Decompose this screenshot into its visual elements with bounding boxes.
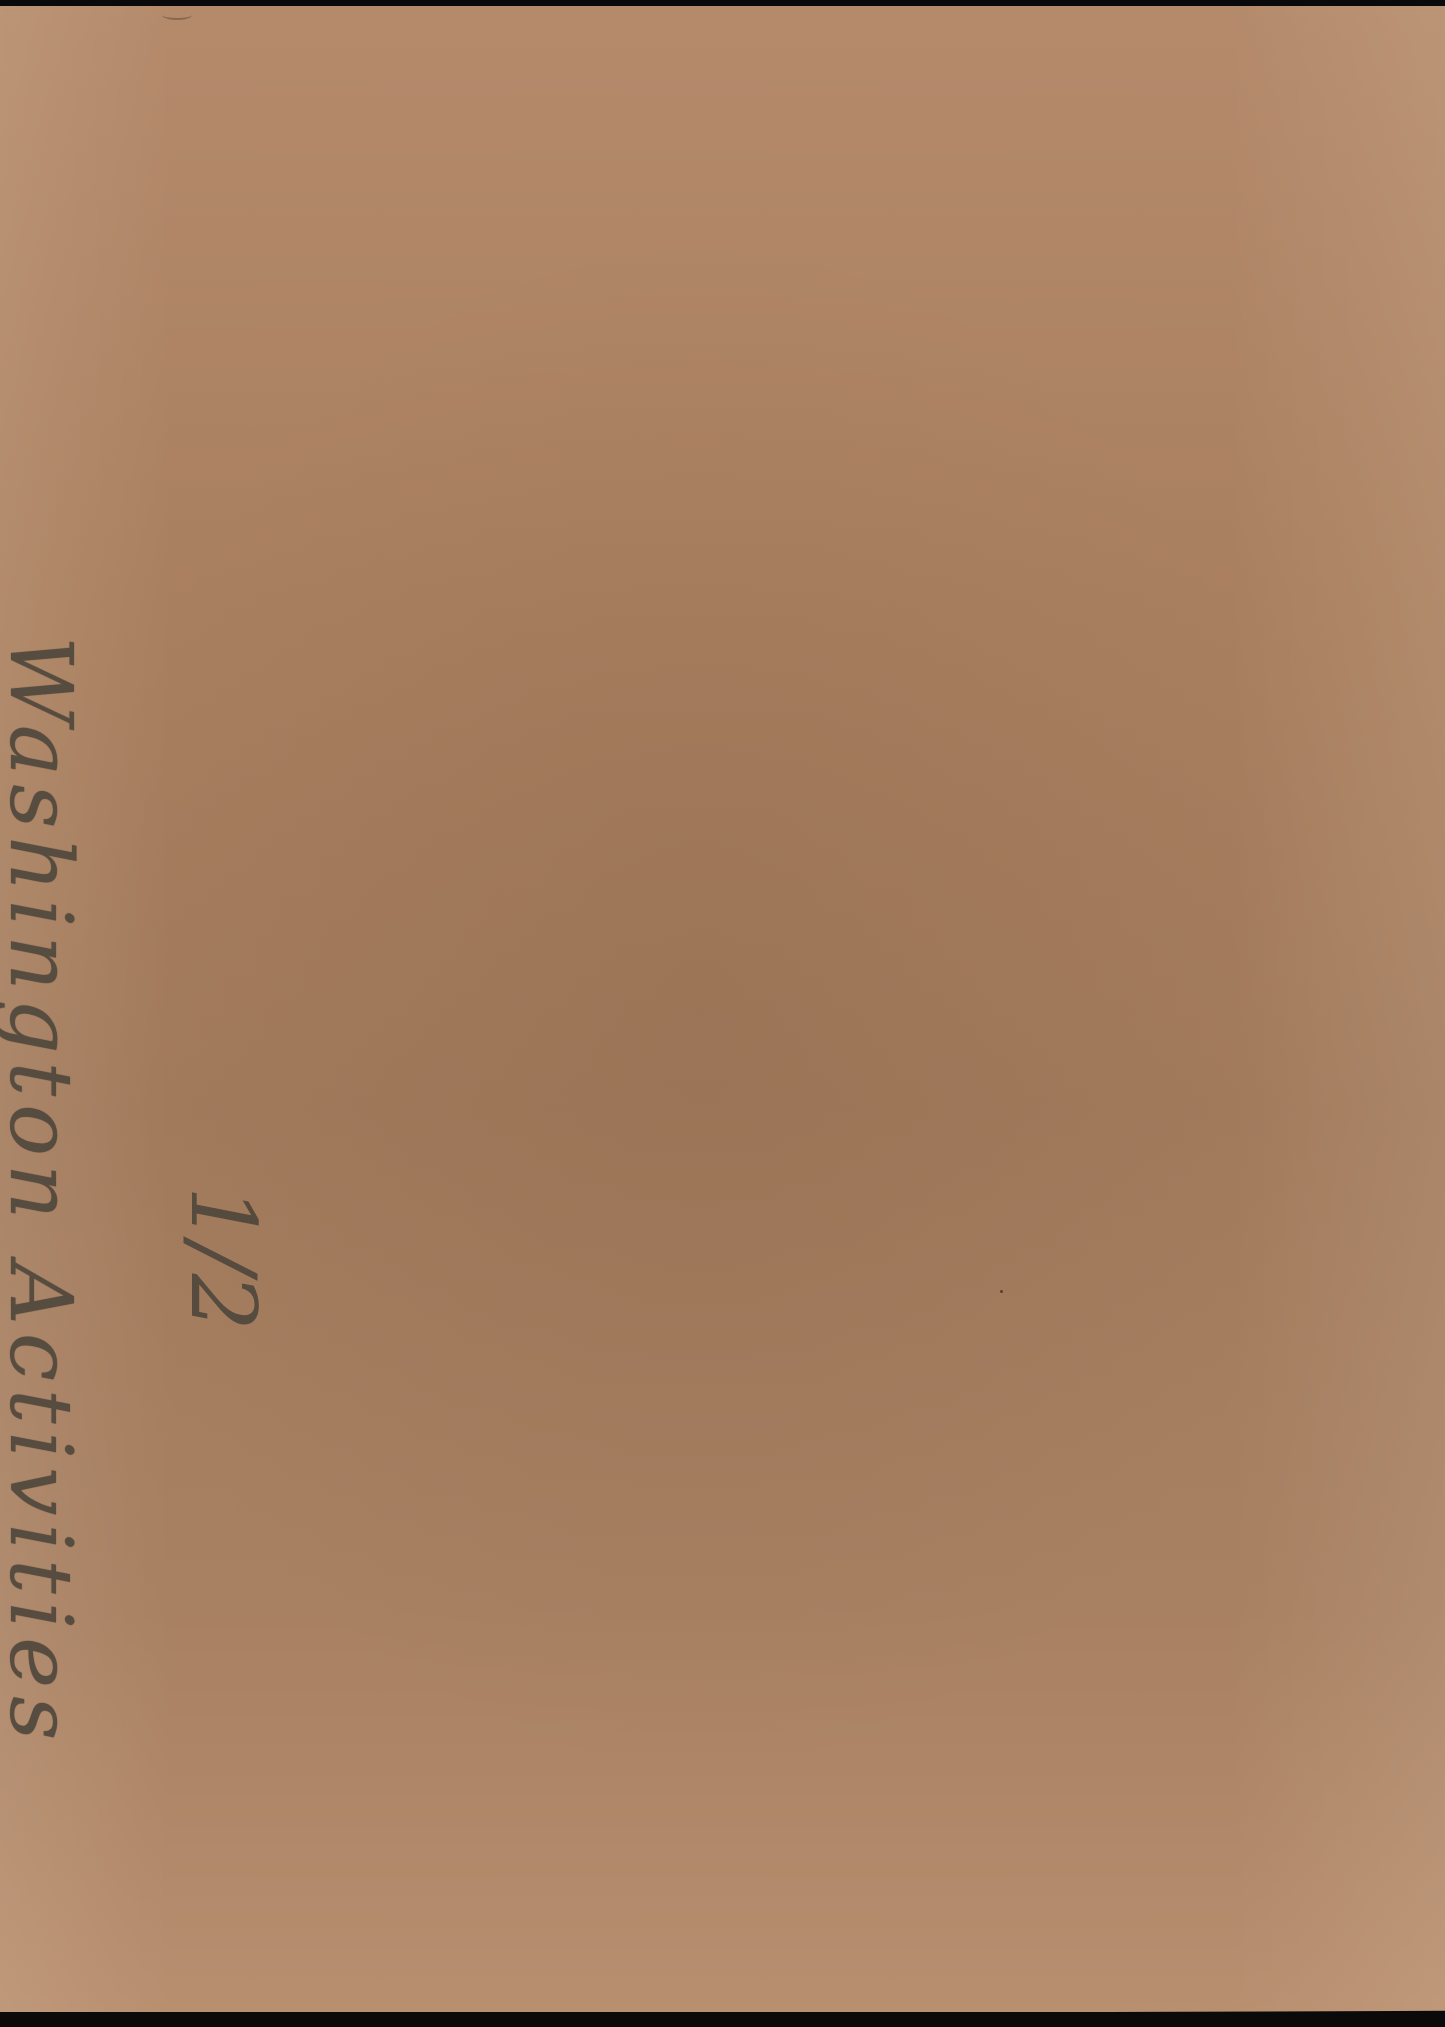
handwritten-fraction: 1/2	[170, 1186, 275, 1331]
handwritten-label: Washington Activities	[0, 636, 90, 1748]
scanned-page: Washington Activities 1/2	[0, 0, 1445, 2027]
paper-speck	[1000, 1290, 1003, 1293]
paper-sheet: Washington Activities 1/2	[0, 6, 1445, 2012]
staple-mark	[162, 10, 192, 20]
